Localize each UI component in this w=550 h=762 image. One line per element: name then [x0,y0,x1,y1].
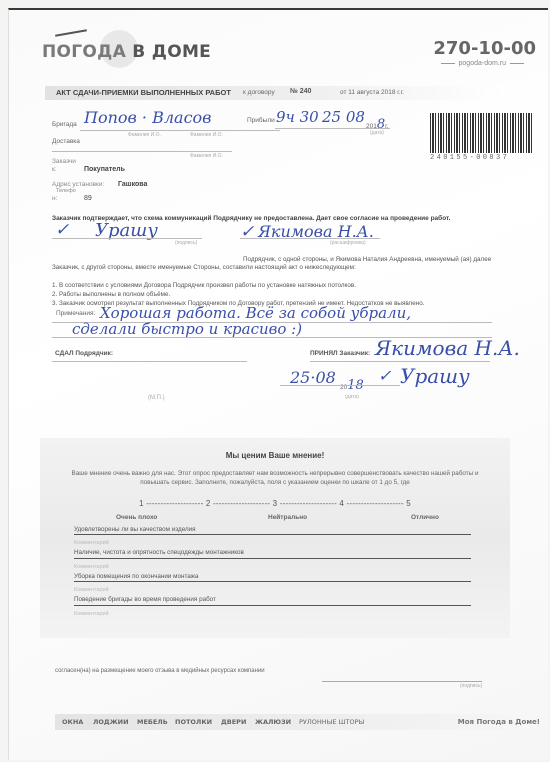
accepted-signature: Якимова Н.А. [375,336,520,360]
footer-item-windows: ОКНА [62,718,83,726]
signature-line [52,238,202,239]
survey-comment-3: Комментарий [74,587,109,593]
delivery-hint: Фамилия И.О. [190,153,223,159]
act-contract-label: к договору [243,89,275,96]
arrived-time: 9ч 30 [276,108,319,126]
fio-hint-1: Фамилия И.О. [128,132,161,138]
accepted-label: ПРИНЯЛ Заказчик: [310,350,370,357]
phone-label-2: н: [52,195,57,202]
scale-label-neutral: Нейтрально [268,514,307,521]
arrived-label: Прибыли [247,117,275,124]
handed-label: СДАЛ Подрядчик: [55,350,113,357]
delivery-line [52,151,232,152]
survey-answer-line-4[interactable] [74,605,471,606]
survey-comment-4: Комментарий [74,611,109,617]
survey-title: Мы ценим Ваше мнение! [0,451,550,460]
date-line [280,385,400,386]
footer-slogan: Моя Погода в Доме! [458,718,540,726]
logo-text-2: В ДОМЕ [132,42,211,62]
clause-1: 1. В соответствии с условиями Договора П… [52,282,356,289]
logo-text-1: ПОГОДА [42,42,126,62]
footer-item-roller-blinds: РУЛОННЫЕ ШТОРЫ [299,718,364,726]
date-hint-signoff: (дата) [345,394,359,400]
parties-line-2: Заказчик, с другой стороны, вместе имену… [52,264,356,271]
survey-answer-line-3[interactable] [74,581,471,582]
company-site: pogoda-dom.ru [437,60,528,67]
survey-section [40,438,510,638]
footer-item-blinds: ЖАЛЮЗИ [255,718,291,726]
notes-line-2: сделали быстро и красиво :) [72,320,302,338]
footer-item-doors: ДВЕРИ [221,718,246,726]
survey-comment-2: Комментарий [74,564,109,570]
act-number: № 240 [290,88,311,95]
customer-label-2: к: [52,166,57,173]
survey-answer-line-2[interactable] [74,558,471,559]
parties-line-1: Подрядчик, с одной стороны, и Якимова На… [243,256,491,263]
barcode-number: 240155-00837 [430,154,509,162]
accepted-signature-2: Урашу [400,364,470,388]
notes-label: Примечания: [56,310,95,317]
brigade-label: Бригада [52,121,77,128]
name-line [240,238,380,239]
date-hint: (дата) [370,130,384,136]
survey-question-4: Поведение бригады во время проведения ра… [74,596,216,603]
fio-hint-2: Фамилия И.О. [190,132,223,138]
address-value: Гашкова [118,181,147,188]
consent-signature-line[interactable] [322,681,482,682]
survey-question-1: Удовлетворены ли вы качеством изделия [74,526,196,533]
rating-scale: 1 -------------------- 2 ---------------… [0,499,550,508]
confirmation-check: ✓ [55,220,69,240]
scale-label-bad: Очень плохо [116,514,157,521]
accepted-line [310,361,490,362]
survey-question-2: Наличие, чистота и опрятность спецодежды… [74,549,244,556]
phone-label-1: Телефо [56,188,76,194]
delivery-label: Доставка [52,138,80,145]
scale-label-excellent: Отлично [411,514,439,521]
footer-item-ceilings: ПОТОЛКИ [175,718,212,726]
phone-value: 89 [84,195,92,202]
survey-comment-1: Комментарий [74,540,109,546]
survey-description: Ваше мнение очень важно для нас. Этот оп… [70,469,480,487]
customer-value: Покупатель [84,166,125,173]
brigade-value: Попов · Власов [84,108,211,127]
clause-2: 2. Работы выполнены в полном объёме. [52,291,170,298]
act-date: от 11 августа 2018 г.г. [340,89,404,96]
address-label: Адрес установки: [52,181,104,188]
company-logo: ПОГОДА В ДОМЕ [42,42,211,62]
arrived-line [275,128,390,129]
act-title: АКТ СДАЧИ-ПРИЕМКИ ВЫПОЛНЕННЫХ РАБОТ [56,88,231,97]
footer-item-loggias: ЛОДЖИИ [93,718,129,726]
footer-item-furniture: МЕБЕЛЬ [137,718,168,726]
arrived-date: 25 08 [322,108,365,126]
brigade-line [80,130,280,131]
survey-answer-line-1[interactable] [74,534,471,535]
customer-label-1: Заказчи [52,158,76,165]
name-check: ✓ [240,222,254,242]
handed-line [52,361,247,362]
barcode [430,113,532,153]
name-hint: (расшифровка) [330,240,366,246]
accepted-check: ✓ [378,366,391,385]
company-phone: 270-10-00 [433,38,536,59]
consent-text: согласен(на) на размещение моего отзыва … [55,668,265,674]
survey-question-3: Уборка помещения по окончании монтажа [74,573,198,580]
stamp-label: (М.П.) [148,395,165,401]
consent-hint: (подпись) [460,683,482,689]
signature-hint: (подпись) [175,240,197,246]
